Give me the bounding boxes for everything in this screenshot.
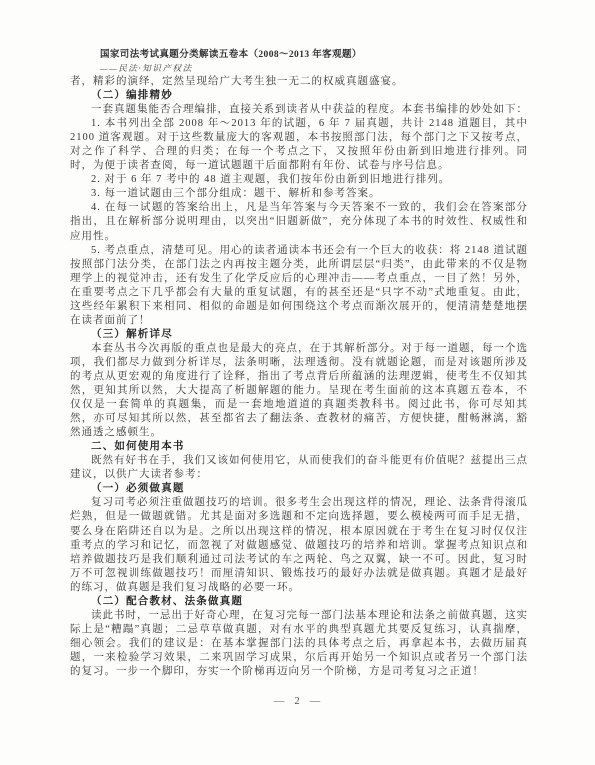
section-heading: （二）编排精妙 bbox=[70, 89, 528, 103]
footer-dash-left: — bbox=[274, 696, 286, 707]
book-title: 国家司法考试真题分类解读五卷本（2008～2013 年客观题） bbox=[100, 46, 530, 60]
paragraph: 者，精彩的演绎，定然呈现给广大考生独一无二的权威真题盛宴。 bbox=[70, 75, 528, 89]
footer-dash-right: — bbox=[310, 696, 322, 707]
paragraph: 本套丛书今次再版的重点也是最大的亮点，在于其解析部分。对于每一道题，每一个选项，… bbox=[70, 342, 528, 440]
page-number: 2 bbox=[294, 696, 300, 707]
section-heading: （二）配合教材、法条做真题 bbox=[70, 595, 528, 609]
book-page: 国家司法考试真题分类解读五卷本（2008～2013 年客观题） ——民法·知识产… bbox=[0, 0, 595, 765]
section-heading: （一）必须做真题 bbox=[70, 482, 528, 496]
page-body: 者，精彩的演绎，定然呈现给广大考生独一无二的权威真题盛宴。 （二）编排精妙 一套… bbox=[70, 75, 528, 679]
numbered-paragraph: 2. 对于 6 年 7 考中的 48 道主观题，我们按年份由新到旧地进行排列。 bbox=[70, 173, 528, 187]
numbered-paragraph: 4. 在每一试题的答案给出上，凡是当年答案与今天答案不一致的，我们会在答案部分指… bbox=[70, 201, 528, 243]
section-heading: （三）解析详尽 bbox=[70, 328, 528, 342]
volume-subtitle: ——民法·知识产权法 bbox=[100, 62, 530, 74]
paragraph: 一套真题集能否合理编排，直接关系到读者从中获益的程度。本套书编排的妙处如下： bbox=[70, 103, 528, 117]
page-footer: —2— bbox=[0, 696, 595, 707]
numbered-paragraph: 1. 本书列出全部 2008 年～2013 年的试题，6 年 7 届真题，共计 … bbox=[70, 117, 528, 173]
paragraph: 读此书时，一忌出于好奇心理，在复习完每一部门法基本理论和法条之前做真题，这实际上… bbox=[70, 609, 528, 679]
running-header: 国家司法考试真题分类解读五卷本（2008～2013 年客观题） ——民法·知识产… bbox=[100, 46, 530, 74]
chapter-heading: 二、如何使用本书 bbox=[70, 440, 528, 454]
paragraph: 既然有好书在手，我们又该如何使用它，从而使我们的奋斗能更有价值呢？兹提出三点建议… bbox=[70, 454, 528, 482]
numbered-paragraph: 3. 每一道试题由三个部分组成：题干、解析和参考答案。 bbox=[70, 187, 528, 201]
paragraph: 复习司考必须注重做题技巧的培训。很多考生会出现这样的情况，理论、法条背得滚瓜烂熟… bbox=[70, 496, 528, 594]
numbered-paragraph: 5. 考点重点，清楚可见。用心的读者通读本书还会有一个巨大的收获：将 2148 … bbox=[70, 244, 528, 328]
